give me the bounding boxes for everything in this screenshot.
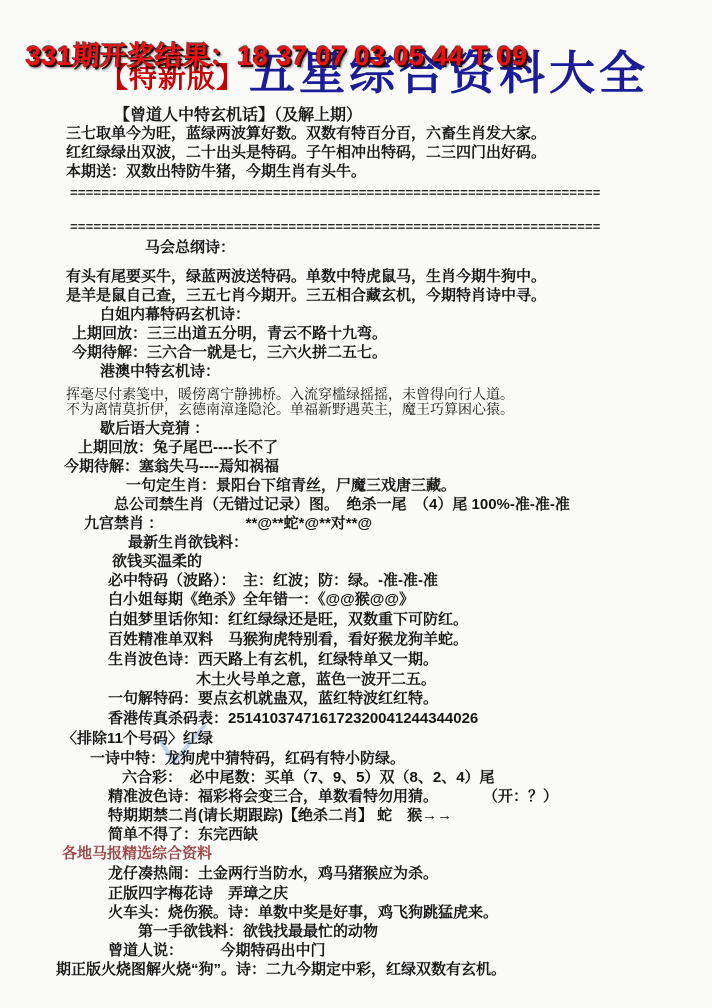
section-heading: 歇后语大竞猜 ： <box>100 419 712 438</box>
section-heading: 白姐内幕特码玄机诗： <box>100 305 712 324</box>
text-line: 第一手欲钱料：欲钱找最最忙的动物 <box>138 922 712 941</box>
text-line: 期正版火烧图解火烧“狗”。诗：二九今期定中彩，红绿双数有玄机。 <box>56 960 712 979</box>
document-body: 三七取单今为旺，蓝绿两波算好数。双数有特百分百，六畜生肖发大家。红红绿绿出双波，… <box>0 124 712 979</box>
page-subtitle: 【曾道人中特玄机话】（及解上期） <box>114 102 362 125</box>
text-line: 红红绿绿出双波，二十出头是特码。子午相冲出特码，二三四门出好码。 <box>66 143 712 162</box>
text-line: 一诗中特：龙狗虎中猜特码，红码有特小防绿。 <box>90 749 712 768</box>
section-heading-maroon: 各地马报精选综合资料 <box>62 844 712 863</box>
section-heading: 最新生肖欲钱料： <box>128 533 712 552</box>
text-line: 曾道人说： 今期特码出中门 <box>108 941 712 960</box>
text-line: 本期送：双数出特防牛猪，今期生肖有头牛。 <box>66 162 712 181</box>
text-line: 上期回放：兔子尾巴----长不了 <box>78 438 712 457</box>
text-line: 有头有尾要买牛，绿蓝两波送特码。单数中特虎鼠马，生肖今期牛狗中。 <box>66 267 712 286</box>
text-line: 六合彩： 必中尾数：买单（7、9、5）双（8、2、4）尾 <box>122 768 712 787</box>
text-line: 九宫禁肖 ： **@**蛇*@**对**@ <box>84 514 712 533</box>
text-line: 生肖波色诗：西天路上有玄机，红绿特单又一期。 <box>108 650 712 669</box>
text-line: 龙仔凑热闹：土金两行当防水，鸡马猪猴应为杀。 <box>108 864 712 883</box>
text-line: 欲钱买温柔的 <box>112 552 712 571</box>
text-line: 不为离情莫折伊，玄德南漳逢隐沦。单福新野遇英主，魔王巧算困心猿。 <box>66 402 712 417</box>
text-line: 精准波色诗：福彩将会变三合，单数看特勿用猜。 （开：？） <box>108 787 712 806</box>
text-line: 白姐梦里话你知：红红绿绿还是旺，双数重下可防红。 <box>108 610 712 629</box>
text-line: 今期待解：三六合一就是七，三六火拼二五七。 <box>72 343 712 362</box>
text-line: 木土火号单之意，蓝色一波开二五。 <box>196 670 712 689</box>
text-line: 总公司禁生肖（无错过记录）图。 绝杀一尾 （4）尾 100%-准-准-准 <box>114 495 712 514</box>
draw-result-banner: 331期开奖结果：18 37 07 03 05 44 T 09 <box>25 34 529 73</box>
text-line: 上期回放：三三出道五分明，青云不路十九弯。 <box>72 324 712 343</box>
text-line: 火车头：烧伤猴。诗：单数中奖是好事，鸡飞狗跳猛虎来。 <box>108 903 712 922</box>
divider-line: ========================================… <box>70 221 712 235</box>
text-line: 三七取单今为旺，蓝绿两波算好数。双数有特百分百，六畜生肖发大家。 <box>66 124 712 143</box>
text-line: 百姓精准单双料 马猴狗虎特别看，看好猴龙狗羊蛇。 <box>108 630 712 649</box>
text-line: 挥毫尽付素笺中，暖傍离宁静拂桥。入流穿槛绿摇摇，未曾得向行人道。 <box>66 387 712 402</box>
text-line: 白小姐每期《绝杀》全年错一：《@@猴@@》 <box>108 590 712 609</box>
text-line: 今期待解：塞翁失马----焉知祸福 <box>64 457 712 476</box>
lottery-info-sheet: 331期开奖结果：18 37 07 03 05 44 T 09 【特新版】 五星… <box>0 0 712 1008</box>
text-line: 正版四字梅花诗 弄璋之庆 <box>108 884 712 903</box>
text-line: 〈排除11个号码〉红绿 <box>62 729 712 748</box>
text-line: 是羊是鼠自己查，三五七肖今期开。三五相合藏玄机，今期特肖诗中寻。 <box>66 286 712 305</box>
text-line: 香港传真杀码表：251410374716172320041244344026 <box>108 709 712 728</box>
text-line: 简单不得了：东完西缺 <box>108 825 712 844</box>
text-line: 一句定生肖：景阳台下绾青丝，尸魔三戏唐三藏。 <box>126 476 712 495</box>
text-line: 一句解特码：要点玄机就蛊双，蓝红特波红红特。 <box>108 689 712 708</box>
text-line: 特期期禁二肖(请长期跟踪)【绝杀二肖】 蛇 猴→→ <box>108 806 712 825</box>
divider-line: ========================================… <box>70 187 712 201</box>
section-heading: 港澳中特玄机诗： <box>100 362 712 381</box>
section-heading: 马会总纲诗： <box>145 238 712 257</box>
text-line: 必中特码（波路）： 主：红波；防：绿。-准-准-准 <box>108 571 712 590</box>
